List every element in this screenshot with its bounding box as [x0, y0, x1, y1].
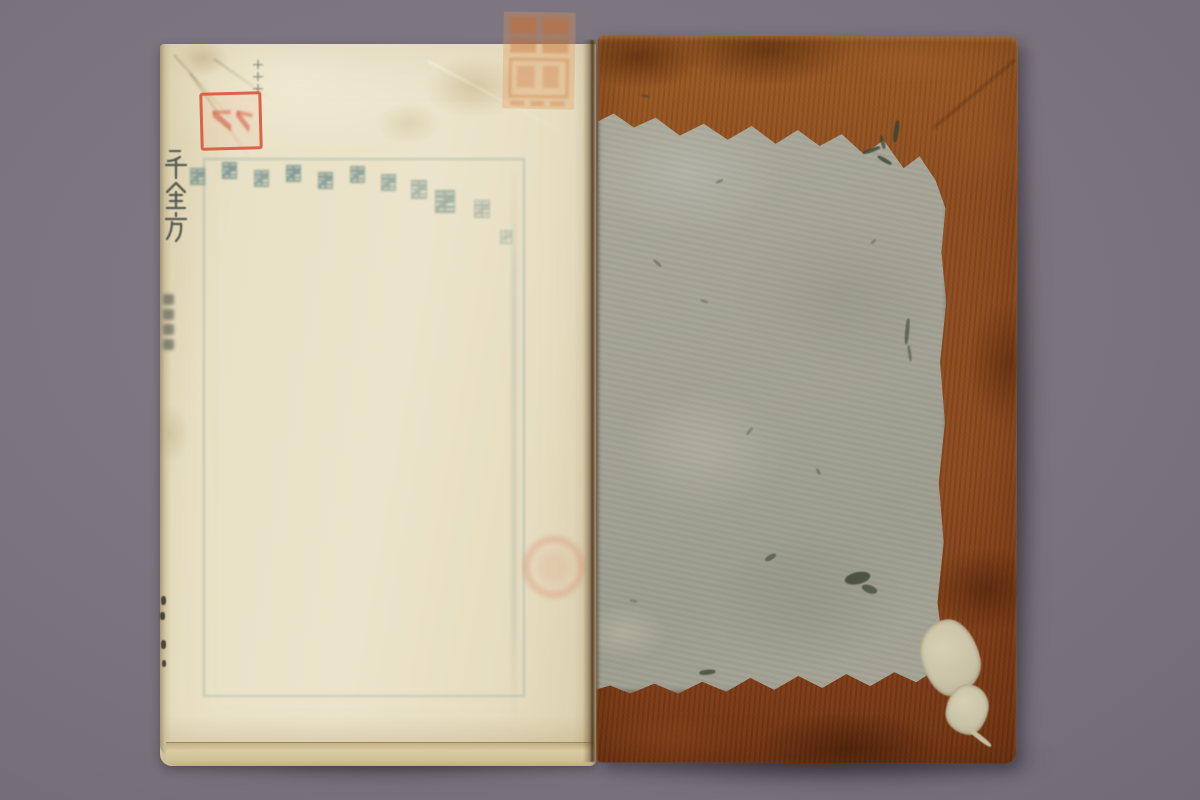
- stitch-mark: [161, 640, 166, 649]
- round-seal-bleedthrough: [523, 536, 585, 598]
- spine-title: [162, 150, 190, 246]
- fiber-mark: [641, 93, 650, 98]
- archive-stamp: [502, 11, 576, 109]
- stitch-mark: [161, 596, 166, 605]
- stamp-glyph-block: [542, 38, 568, 53]
- page-fore-edge: [166, 742, 594, 766]
- fiber-mark: [892, 120, 900, 142]
- red-seal-stamp: [199, 91, 262, 151]
- stamp-glyph-block: [550, 101, 564, 106]
- fold-gutter: [583, 40, 600, 762]
- pastedown-paper: [596, 81, 950, 694]
- stamp-glyph-block: [517, 66, 535, 88]
- seal-glyph-mark: [213, 102, 232, 138]
- book-photo: [0, 0, 1200, 800]
- stamp-glyph-block: [530, 101, 544, 106]
- stamp-glyph-block: [542, 17, 568, 34]
- back-cover-inside: [596, 35, 1018, 763]
- left-page: [160, 44, 596, 766]
- spine-volume-label-smudge: [163, 294, 177, 356]
- stamp-glyph-block: [510, 17, 536, 34]
- seal-glyph-mark: [232, 103, 255, 138]
- stitch-mark: [162, 660, 166, 667]
- handwriting-marks: [253, 60, 265, 93]
- bleedthrough-text-frame: [203, 158, 525, 697]
- stamp-glyph-block: [543, 66, 559, 88]
- stamp-glyph-block: [510, 101, 524, 106]
- stitch-mark: [160, 612, 165, 620]
- stamp-glyph-block: [510, 37, 536, 52]
- mitered-corner-line: [933, 59, 1016, 129]
